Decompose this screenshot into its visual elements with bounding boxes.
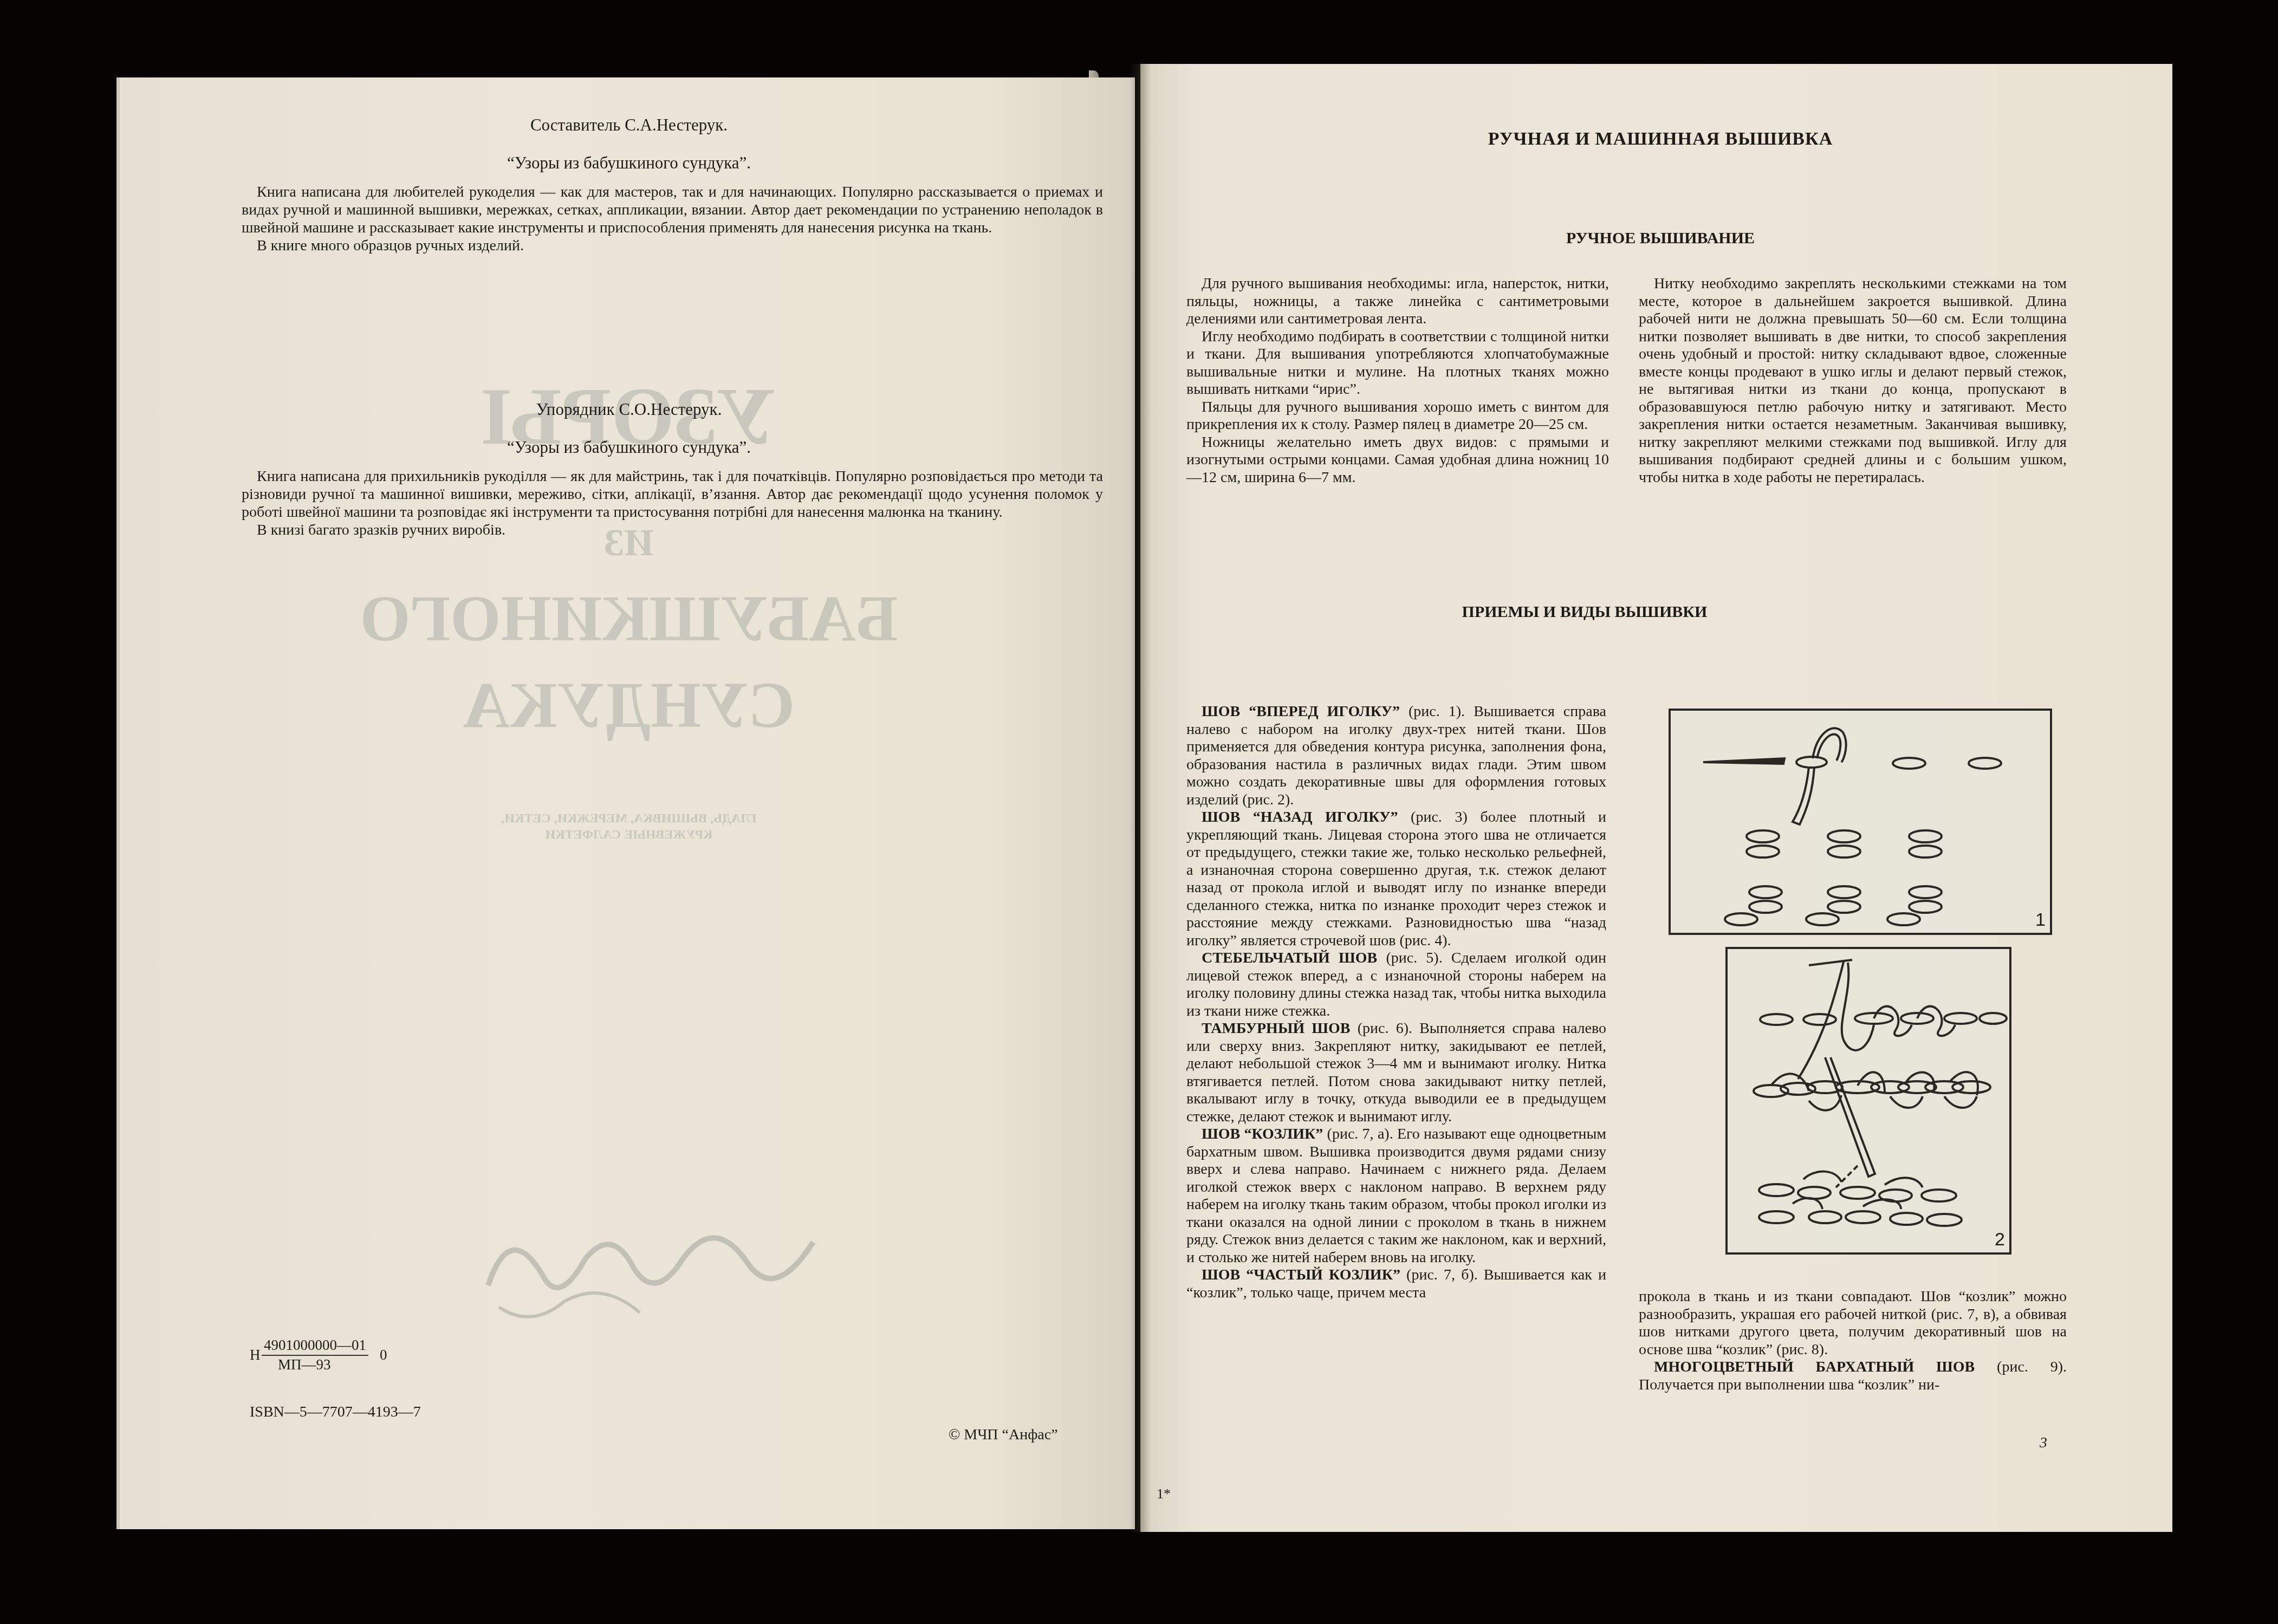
section-title-hand-embroidery: РУЧНОЕ ВЫШИВАНИЕ — [1254, 229, 2067, 248]
stitch-paragraph: ШОВ “ВПЕРЕД ИГОЛКУ” (рис. 1). Вышивается… — [1186, 703, 1606, 809]
signature-mark: 1* — [1157, 1486, 1171, 1502]
stitch-name: ШОВ “ЧАСТЫЙ КОЗЛИК” — [1202, 1266, 1400, 1283]
stitch-name: ШОВ “КОЗЛИК” — [1202, 1126, 1323, 1142]
page-number: 3 — [2040, 1434, 2047, 1452]
techniques-left-column: ШОВ “ВПЕРЕД ИГОЛКУ” (рис. 1). Вышивается… — [1186, 703, 1606, 1302]
copyright: © МЧП “Анфас” — [949, 1426, 1058, 1444]
print-code-h: Н — [250, 1347, 261, 1363]
paragraph: прокола в ткань и из ткани совпадают. Шо… — [1639, 1288, 2067, 1359]
techniques-right-continuation: прокола в ткань и из ткани совпадают. Шо… — [1639, 1288, 2067, 1394]
running-stitch-illustration-icon — [1671, 711, 2050, 933]
stitch-name: СТЕБЕЛЬЧАТЫЙ ШОВ — [1202, 950, 1377, 966]
print-code-numerator: 4901000000—01 — [262, 1337, 368, 1356]
stitch-name: МНОГОЦВЕТНЫЙ БАРХАТНЫЙ ШОВ — [1654, 1359, 1975, 1375]
ru-compiler: Составитель С.А.Нестерук. — [120, 115, 1138, 135]
ua-book-title: “Узоры из бабушкиного сундука”. — [120, 438, 1138, 457]
ua-annotation: Книга написана для прихильників рукоділл… — [242, 467, 1103, 539]
isbn: ISBN—5—7707—4193—7 — [250, 1404, 421, 1421]
left-page: УЗОРЫ ИЗ БАБУШКИНОГО СУНДУКА ГЛАДЬ, ВЫШИ… — [116, 77, 1135, 1529]
stitch-paragraph: ТАМБУРНЫЙ ШОВ (рис. 6). Выполняется спра… — [1186, 1020, 1606, 1126]
ua-compiler: Упорядник С.О.Нестерук. — [120, 400, 1138, 419]
show-through-subtitle-1: ГЛАДЬ, ВЫШИВКА, МЕРЕЖКИ, СЕТКИ, — [120, 811, 1138, 826]
stitch-paragraph: ШОВ “НАЗАД ИГОЛКУ” (рис. 3) более плотны… — [1186, 809, 1606, 950]
stitch-text: (рис. 3) более плотный и укрепляющий тка… — [1186, 809, 1606, 949]
ru-annotation-para: Книга написана для любителей рукоделия —… — [242, 183, 1103, 237]
decorative-stitch-illustration-icon — [1728, 949, 2009, 1252]
show-through-title-3: БАБУШКИНОГО — [120, 581, 1138, 656]
show-through-ornament-icon — [466, 1204, 846, 1367]
stitch-paragraph: ШОВ “КОЗЛИК” (рис. 7, а). Его называют е… — [1186, 1126, 1606, 1266]
ru-book-title: “Узоры из бабушкиного сундука”. — [120, 153, 1138, 173]
show-through-subtitle-2: КРУЖЕВНЫЕ САЛФЕТКИ — [120, 828, 1138, 842]
stitch-text: (рис. 7, а). Его называют еще одноцветны… — [1186, 1126, 1606, 1266]
figure-number: 2 — [1995, 1229, 2005, 1250]
hand-embroidery-left-column: Для ручного вышивания необходимы: игла, … — [1186, 275, 1609, 486]
stitch-paragraph: МНОГОЦВЕТНЫЙ БАРХАТНЫЙ ШОВ (рис. 9). Пол… — [1639, 1359, 2067, 1394]
stitch-name: ТАМБУРНЫЙ ШОВ — [1202, 1020, 1351, 1037]
print-code-o: 0 — [380, 1347, 387, 1363]
ru-annotation: Книга написана для любителей рукоделия —… — [242, 183, 1103, 255]
figure-number: 1 — [2035, 910, 2046, 931]
stitch-paragraph: ШОВ “ЧАСТЫЙ КОЗЛИК” (рис. 7, б). Вышивае… — [1186, 1266, 1606, 1302]
chapter-heading: РУЧНАЯ И МАШИННАЯ ВЫШИВКА — [1254, 129, 2067, 150]
print-code-denominator: МП—93 — [278, 1356, 331, 1373]
paragraph: Нитку необходимо закреплять несколькими … — [1639, 275, 2067, 486]
stitch-name: ШОВ “НАЗАД ИГОЛКУ” — [1202, 809, 1398, 826]
show-through-title-4: СУНДУКА — [120, 668, 1138, 743]
stitch-paragraph: СТЕБЕЛЬЧАТЫЙ ШОВ (рис. 5). Сделаем иголк… — [1186, 950, 1606, 1020]
ua-annotation-para: Книга написана для прихильників рукоділл… — [242, 467, 1103, 521]
paragraph: Ножницы желательно иметь двух видов: с п… — [1186, 434, 1609, 487]
hand-embroidery-right-column: Нитку необходимо закреплять несколькими … — [1639, 275, 2067, 486]
section-title-techniques: ПРИЕМЫ И ВИДЫ ВЫШИВКИ — [1314, 603, 1855, 621]
figure-2: 2 — [1725, 947, 2011, 1255]
stitch-name: ШОВ “ВПЕРЕД ИГОЛКУ” — [1202, 703, 1400, 720]
right-page: РУЧНАЯ И МАШИННАЯ ВЫШИВКА РУЧНОЕ ВЫШИВАН… — [1140, 64, 2172, 1532]
ru-annotation-para: В книге много образцов ручных изделий. — [242, 237, 1103, 255]
paragraph: Для ручного вышивания необходимы: игла, … — [1186, 275, 1609, 328]
figure-1: 1 — [1669, 709, 2052, 935]
paragraph: Иглу необходимо подбирать в соответствии… — [1186, 328, 1609, 399]
paragraph: Пяльцы для ручного вышивания хорошо имет… — [1186, 399, 1609, 434]
book-spine — [1130, 64, 1151, 1532]
ua-annotation-para: В книзі багато зразків ручних виробів. — [242, 521, 1103, 539]
